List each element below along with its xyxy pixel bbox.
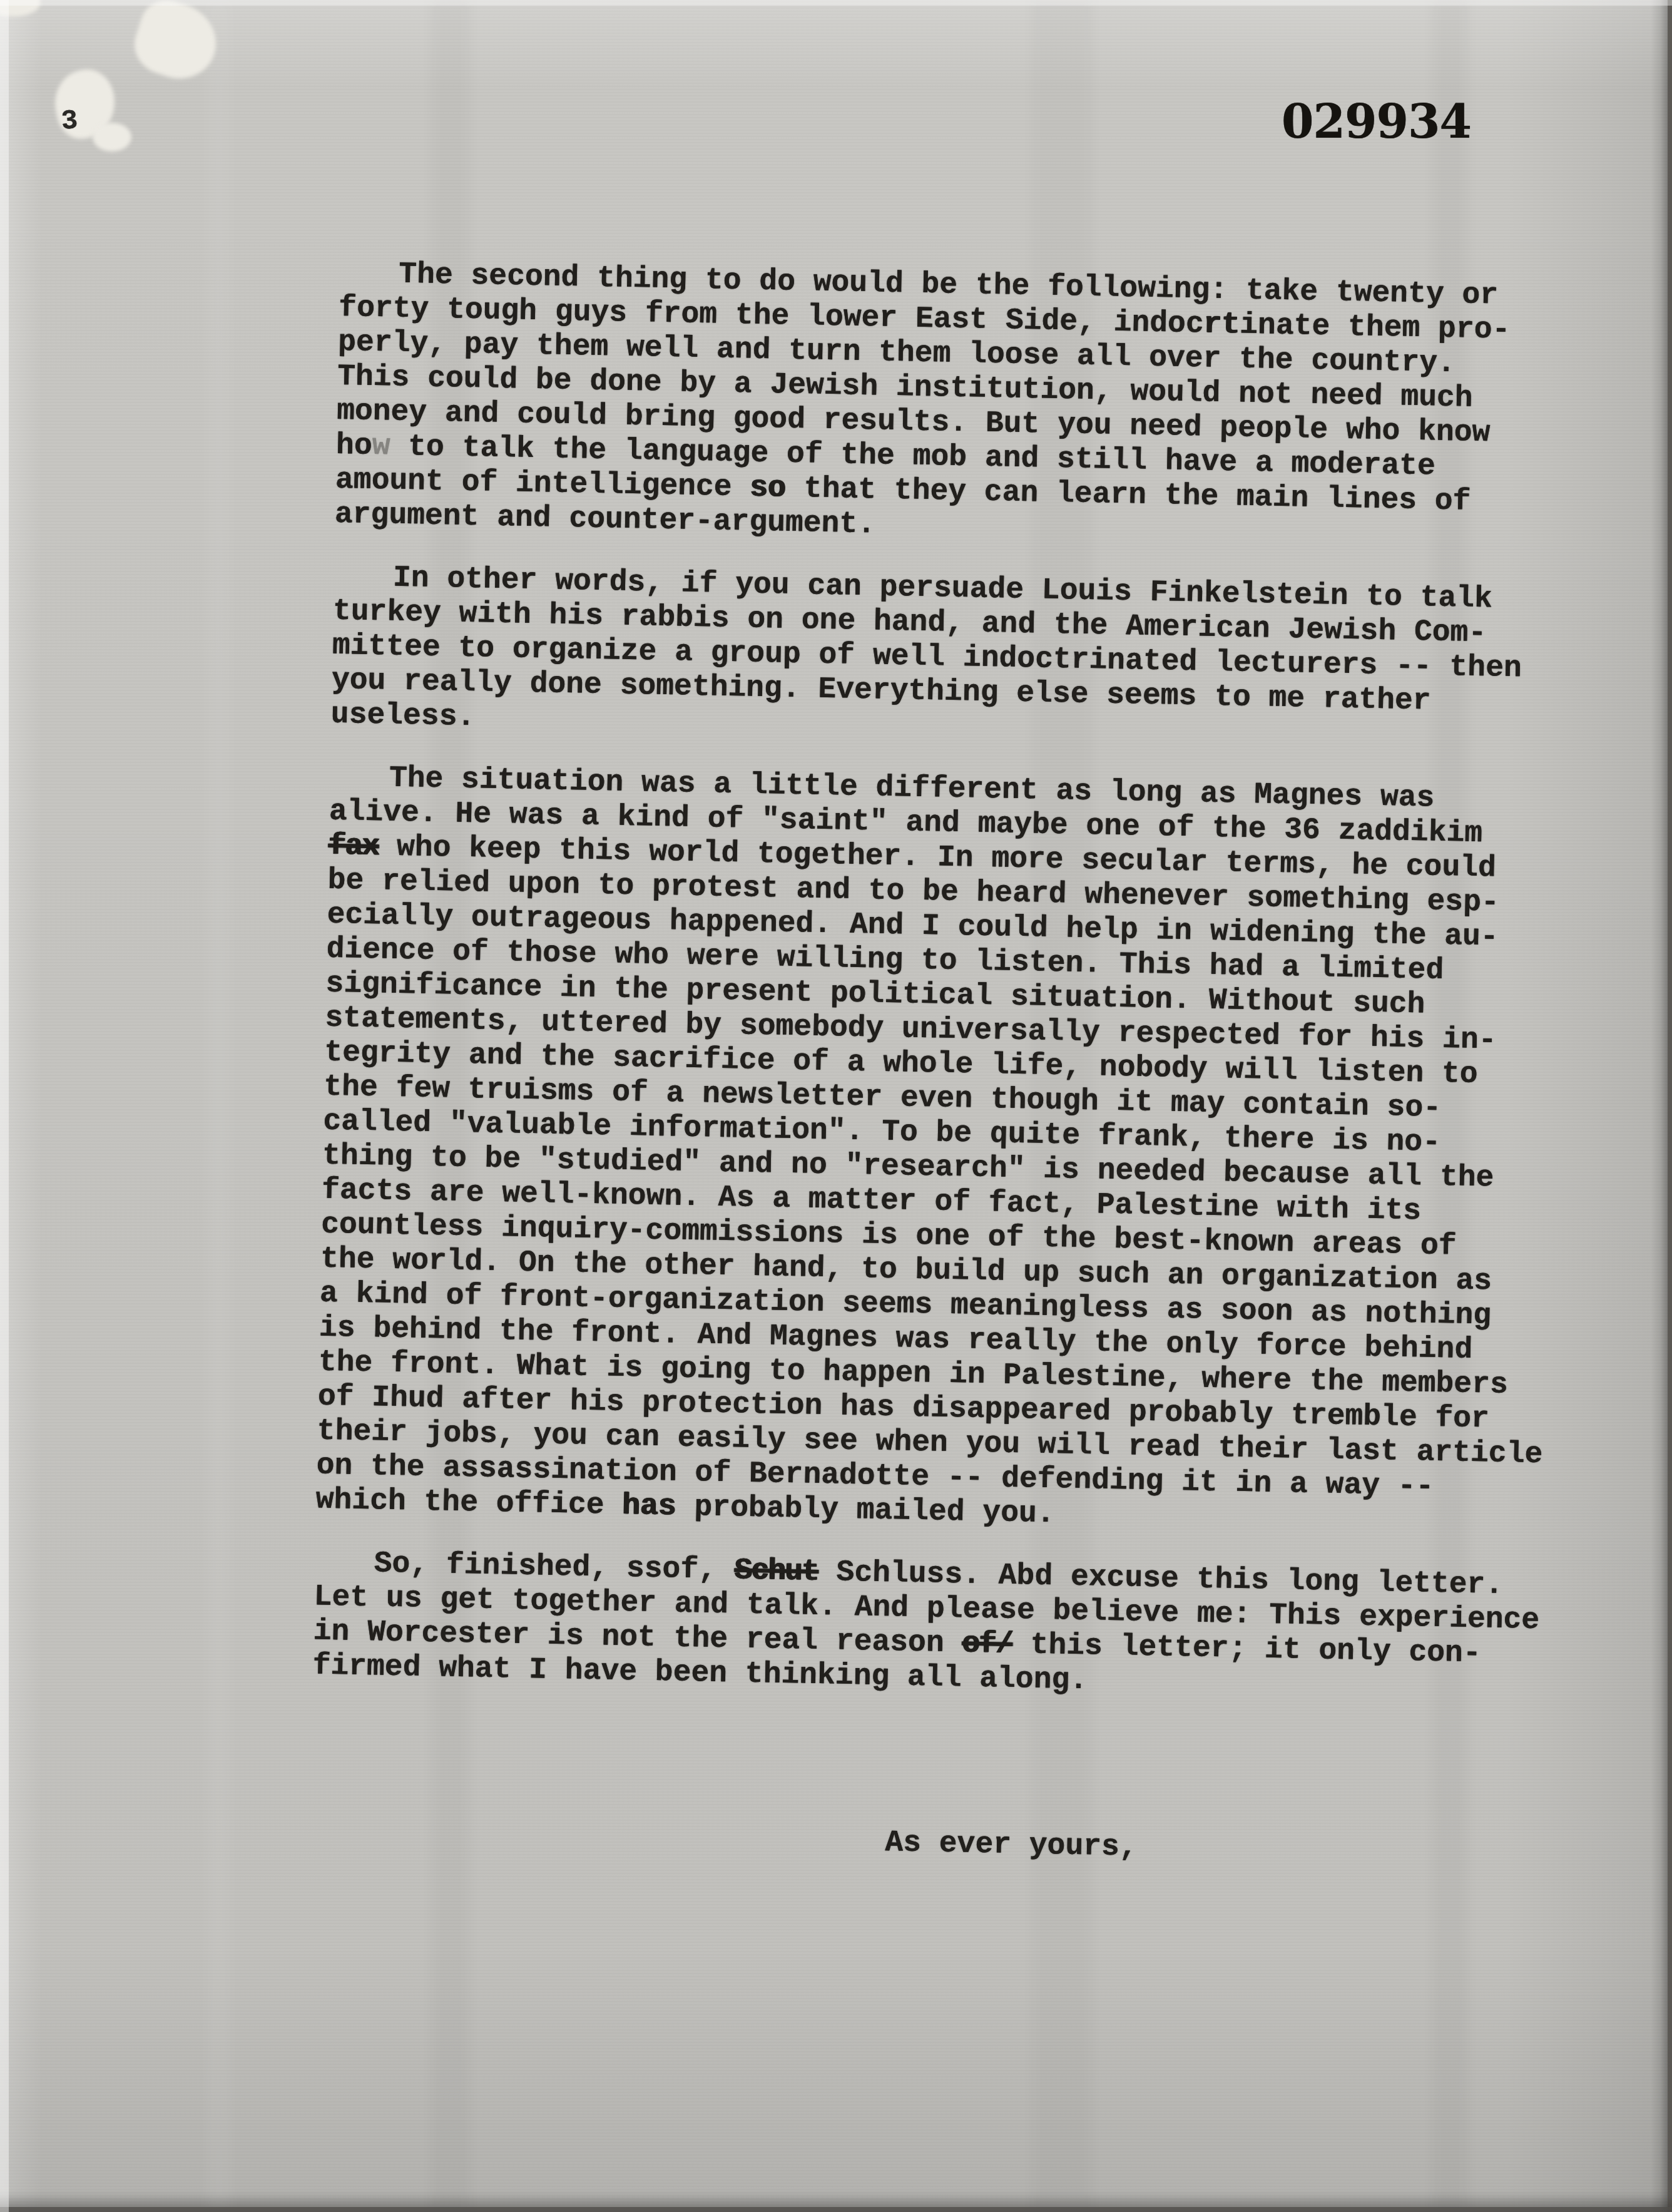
struck-text: Schut — [734, 1554, 818, 1589]
text-run: probably mailed you. — [676, 1490, 1055, 1532]
struck-text: fax — [328, 829, 379, 864]
text-run: rt — [1203, 308, 1240, 342]
paragraph: The second thing to do would be the foll… — [334, 257, 1584, 556]
text-run: useless. — [330, 698, 475, 734]
struck-text: of/ — [962, 1627, 1012, 1662]
scan-edge-light-left — [0, 0, 9, 2212]
text-run: inate them pro- — [1240, 309, 1511, 347]
text-run: has — [622, 1489, 676, 1524]
scan-edge-line-right — [1668, 0, 1672, 2212]
page-number: 3 — [60, 107, 78, 136]
paragraphs-container: The second thing to do would be the foll… — [312, 257, 1584, 1708]
paper-damage-spot — [93, 123, 131, 151]
closing-line: As ever yours, — [885, 1826, 1555, 1873]
letter-body: The second thing to do would be the foll… — [308, 188, 1586, 1942]
text-run: ho — [336, 429, 373, 463]
paragraph: The situation was a little different as … — [315, 760, 1575, 1542]
text-run: So, finished, ssof, — [374, 1547, 735, 1587]
paragraph: In other words, if you can persuade Loui… — [330, 560, 1579, 756]
text-run: so — [750, 471, 787, 506]
letter-sheet: 3 029934 The second thing to do would be… — [0, 0, 1672, 2212]
scan-edge-line-bottom — [0, 2207, 1672, 2212]
text-run: which the office — [315, 1483, 623, 1523]
document-stamp-number: 029934 — [1282, 99, 1471, 145]
text-run: w — [372, 429, 390, 464]
paper-streak — [206, 0, 232, 2212]
paragraph: So, finished, ssof, Schut Schluss. Abd e… — [312, 1546, 1560, 1708]
scan-edge-light-top — [0, 0, 1672, 6]
